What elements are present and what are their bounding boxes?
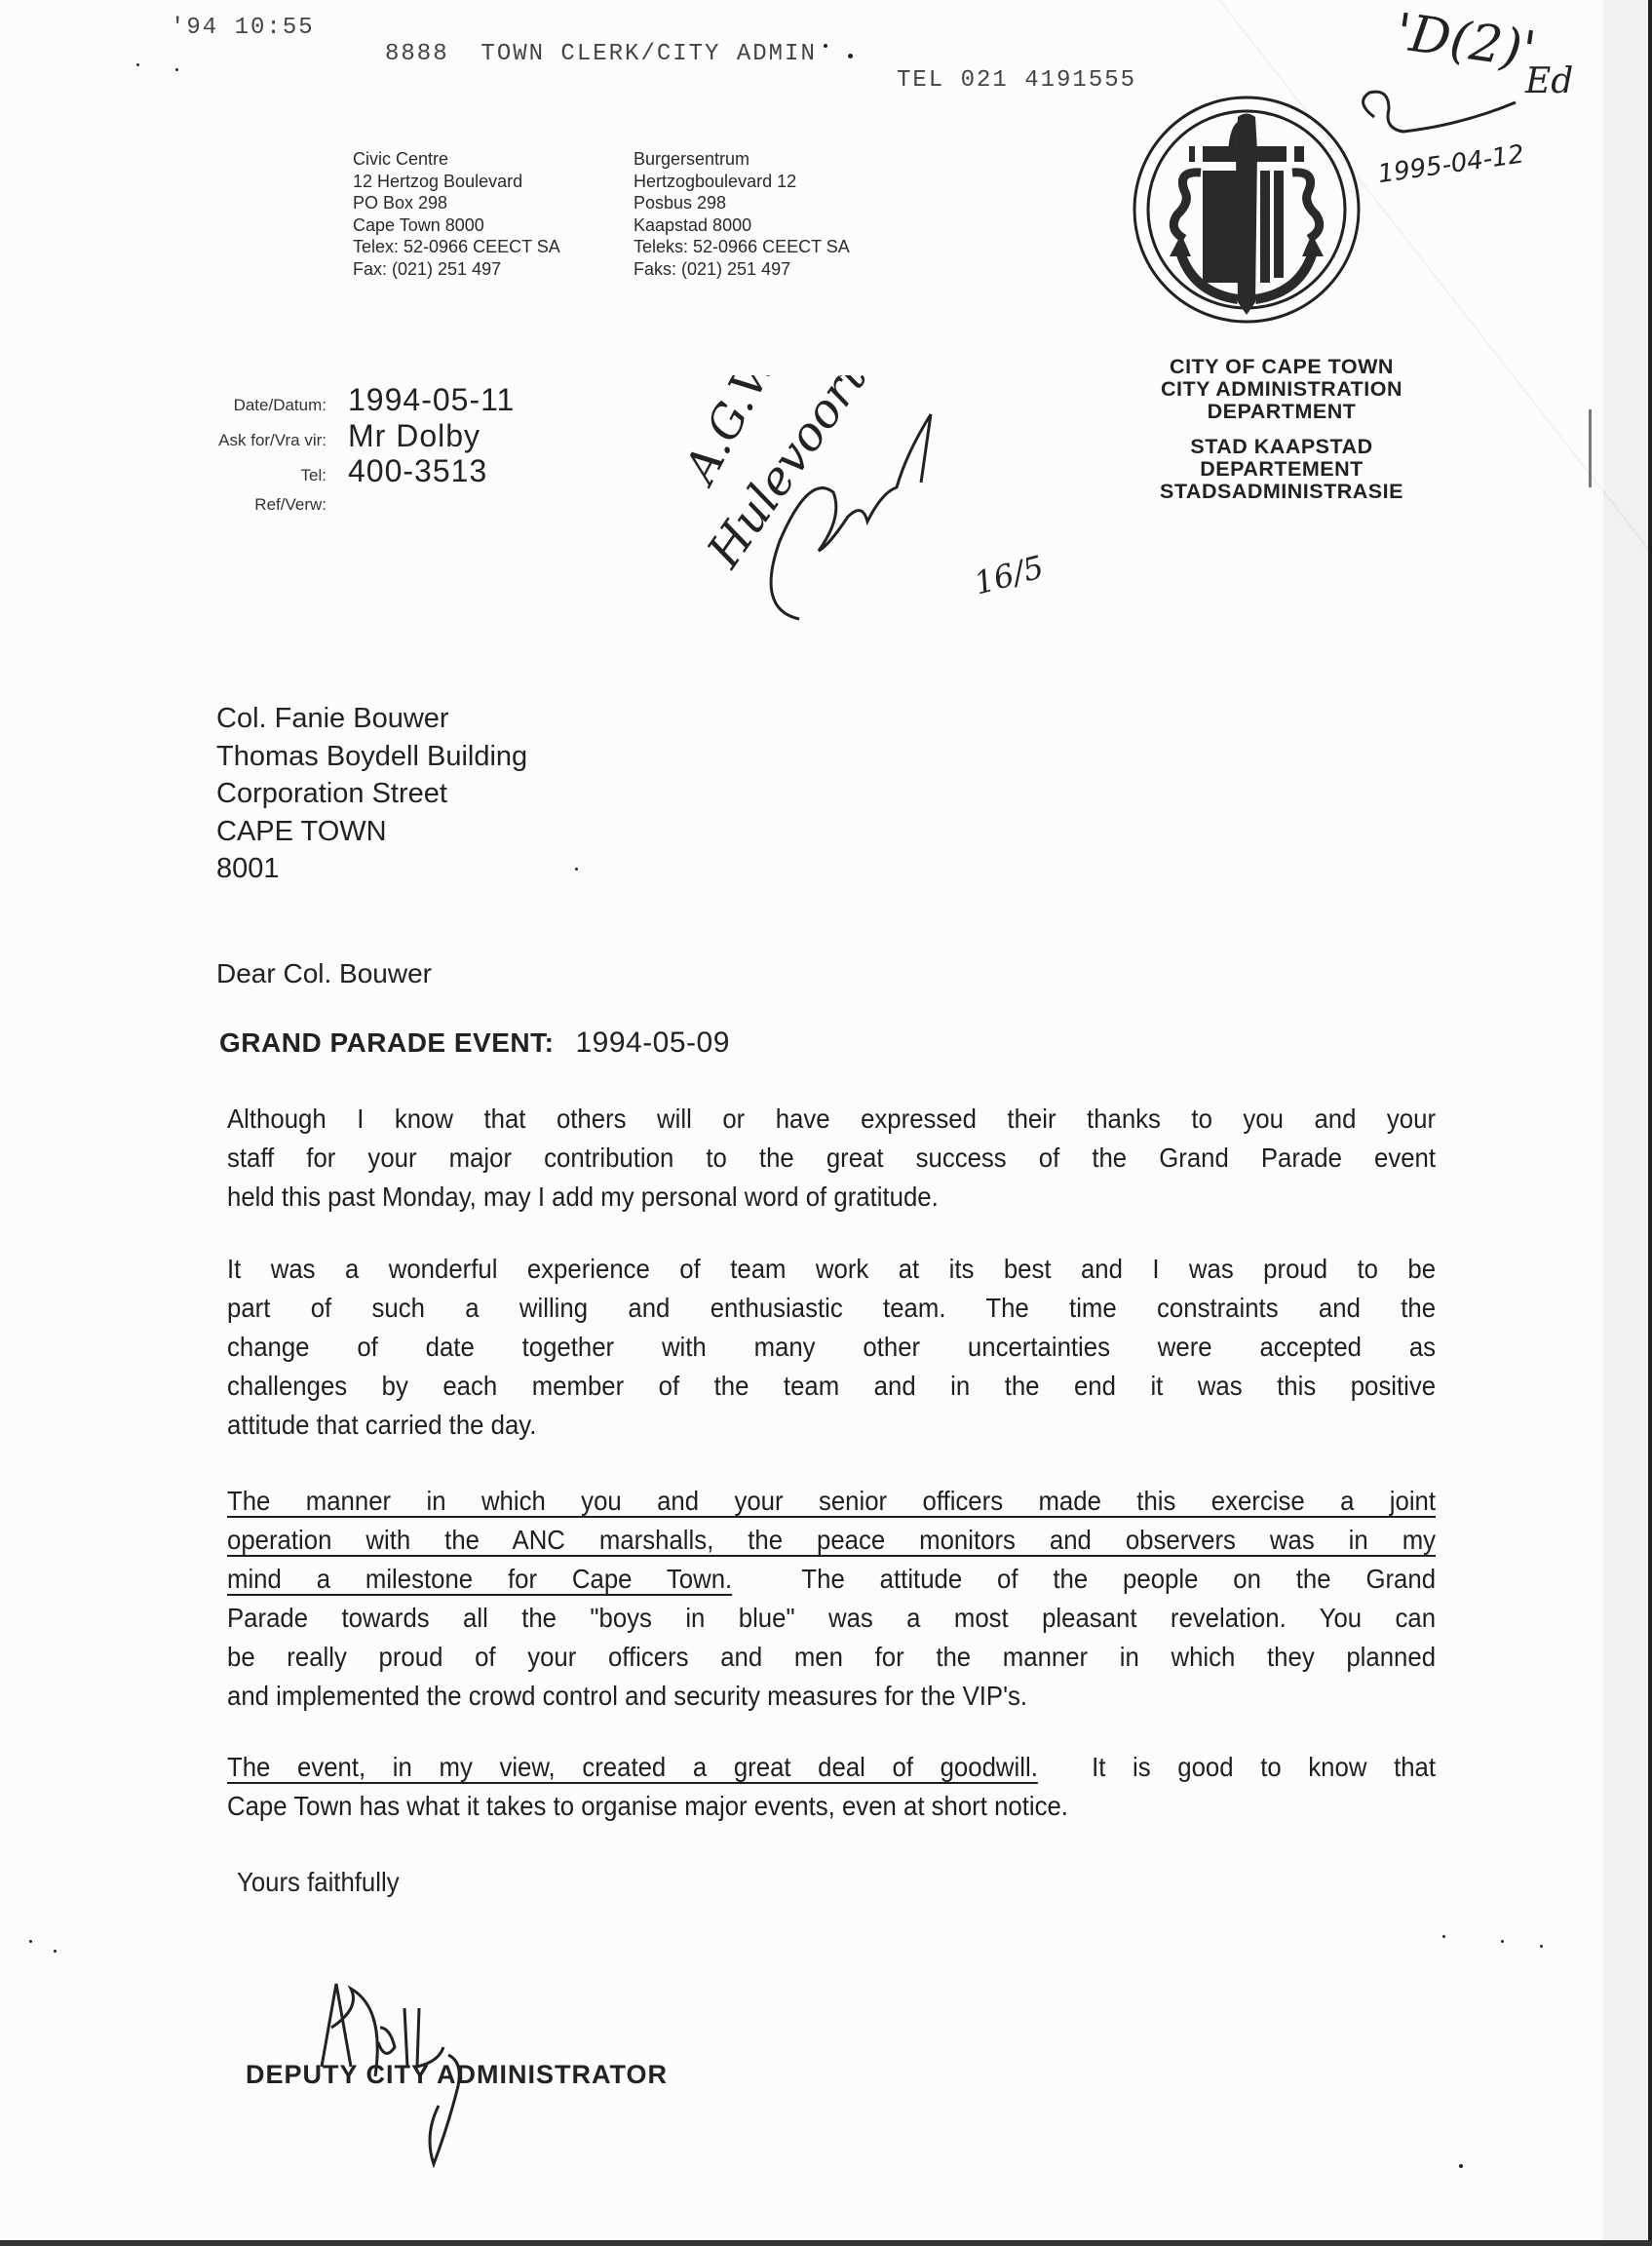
fax-transmission-header: '94 10:55 8888 TOWN CLERK/CITY ADMIN TEL… (0, 0, 1267, 12)
address-line: Kaapstad 8000 (634, 214, 850, 237)
text-line: It was a wonderful experience of team wo… (227, 1250, 1436, 1289)
text-line: attitude that carried the day. (227, 1406, 1436, 1445)
underlined-text-line: The manner in which you and your senior … (227, 1482, 1436, 1521)
address-line: Civic Centre (353, 148, 560, 171)
department-line: DEPARTEMENT (1072, 458, 1491, 481)
address-line: Fax: (021) 251 497 (353, 258, 560, 281)
date-label: Date/Datum: (132, 396, 327, 415)
closing: Yours faithfully (237, 1867, 400, 1898)
text-line: Although I know that others will or have… (227, 1100, 1436, 1139)
subject-title: GRAND PARADE EVENT: (219, 1027, 554, 1058)
subject-date: 1994-05-09 (575, 1026, 729, 1059)
text-line: challenges by each member of the team an… (227, 1367, 1436, 1406)
text-line: part of such a willing and enthusiastic … (227, 1289, 1436, 1328)
address-line: Telex: 52-0966 CEECT SA (353, 236, 560, 258)
ask-for-label: Ask for/Vra vir: (132, 431, 327, 450)
address-line: Hertzogboulevard 12 (634, 171, 850, 193)
letterhead-address-afrikaans: Burgersentrum Hertzogboulevard 12 Posbus… (634, 148, 850, 280)
city-of-cape-town-crest-icon (1131, 93, 1363, 327)
handwritten-note-date: 16/5 (971, 548, 1048, 601)
letterhead-address-english: Civic Centre 12 Hertzog Boulevard PO Box… (353, 148, 560, 280)
body-paragraph-2: It was a wonderful experience of team wo… (227, 1250, 1436, 1445)
ref-label: Ref/Verw: (132, 495, 327, 515)
underlined-text: mind a milestone for Cape Town. (227, 1564, 732, 1594)
signatory-title: DEPUTY CITY ADMINISTRATOR (246, 2060, 668, 2090)
address-line: 12 Hertzog Boulevard (353, 171, 560, 193)
recipient-line: Thomas Boydell Building (216, 738, 527, 776)
text-line: held this past Monday, may I add my pers… (227, 1178, 1436, 1217)
text: The attitude of the people on the Grand (732, 1564, 1436, 1594)
tel-label: Tel: (132, 466, 327, 485)
handwritten-date: 1995-04-12 (1376, 139, 1526, 185)
recipient-line: Corporation Street (216, 775, 527, 813)
fax-tel: TEL 021 4191555 (897, 67, 1136, 94)
text-line: The event, in my view, created a great d… (227, 1748, 1436, 1787)
underlined-text-line: operation with the ANC marshalls, the pe… (227, 1521, 1436, 1560)
address-line: Burgersentrum (634, 148, 850, 171)
text-line: Parade towards all the "boys in blue" wa… (227, 1599, 1436, 1638)
text-line: be really proud of your officers and men… (227, 1638, 1436, 1677)
scan-edge-bottom (0, 2240, 1652, 2246)
subject-line: GRAND PARADE EVENT:1994-05-09 (219, 1026, 730, 1060)
handwritten-file-reference: 'D(2)' Ed 1995-04-12 (1345, 0, 1579, 185)
date-value: 1994-05-11 (348, 382, 515, 418)
text-line: Cape Town has what it takes to organise … (227, 1787, 1436, 1826)
recipient-postcode: 8001 (216, 850, 527, 888)
fax-time: '94 10:55 (171, 15, 315, 41)
handwritten-initials: Ed (1524, 61, 1573, 101)
address-line: Cape Town 8000 (353, 214, 560, 237)
body-paragraph-3: The manner in which you and your senior … (227, 1482, 1436, 1716)
department-line: CITY OF CAPE TOWN (1072, 356, 1491, 378)
signature-text: ADolby (292, 1969, 296, 1970)
text-line: and implemented the crowd control and se… (227, 1677, 1436, 1716)
tel-value: 400-3513 (348, 453, 487, 489)
underlined-text: The event, in my view, created a great d… (227, 1752, 1038, 1782)
department-line: DEPARTMENT (1072, 401, 1491, 423)
body-paragraph-4: The event, in my view, created a great d… (227, 1748, 1436, 1826)
text: It is good to know that (1038, 1752, 1436, 1782)
text-line: mind a milestone for Cape Town. The atti… (227, 1560, 1436, 1599)
address-line: Faks: (021) 251 497 (634, 258, 850, 281)
handwritten-note: A.G.V. Hulevoort. 16/5 (672, 375, 1082, 639)
address-line: PO Box 298 (353, 192, 560, 214)
fax-sender: 8888 TOWN CLERK/CITY ADMIN (385, 41, 817, 67)
text-line: staff for your major contribution to the… (227, 1139, 1436, 1178)
recipient-address: Col. Fanie Bouwer Thomas Boydell Buildin… (216, 700, 527, 888)
scan-margin (1603, 0, 1648, 2246)
body-paragraph-1: Although I know that others will or have… (227, 1100, 1436, 1217)
text-line: change of date together with many other … (227, 1328, 1436, 1367)
department-line: CITY ADMINISTRATION (1072, 378, 1491, 401)
salutation: Dear Col. Bouwer (216, 958, 432, 989)
handwritten-code: 'D(2)' (1392, 3, 1539, 80)
address-line: Posbus 298 (634, 192, 850, 214)
address-line: Teleks: 52-0966 CEECT SA (634, 236, 850, 258)
recipient-name: Col. Fanie Bouwer (216, 700, 527, 738)
department-name-block: CITY OF CAPE TOWN CITY ADMINISTRATION DE… (1072, 356, 1491, 503)
ask-for-value: Mr Dolby (348, 418, 480, 454)
department-line: STADSADMINISTRASIE (1072, 481, 1491, 503)
department-line: STAD KAAPSTAD (1072, 436, 1491, 458)
scan-edge (1648, 0, 1652, 2246)
recipient-city: CAPE TOWN (216, 813, 527, 851)
